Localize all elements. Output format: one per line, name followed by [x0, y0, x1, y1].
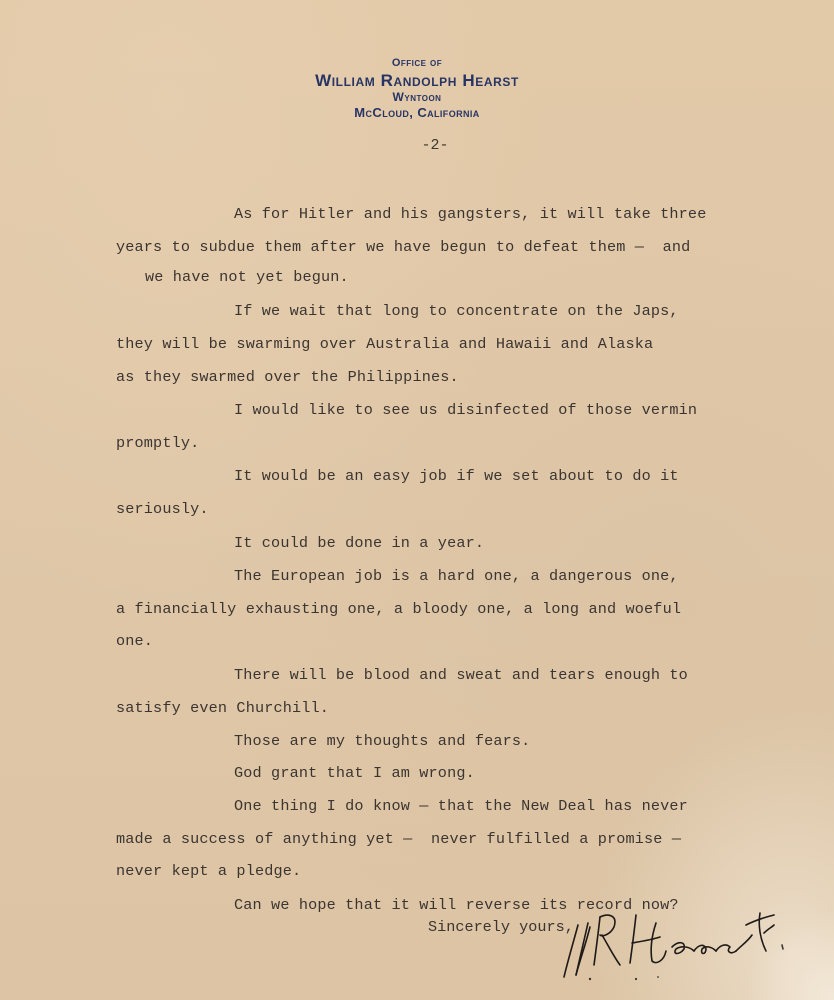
body-line: One thing I do know — that the New Deal … [234, 799, 688, 814]
page-number: -2- [415, 137, 455, 154]
body-line: As for Hitler and his gangsters, it will… [234, 207, 706, 222]
letterhead-name: William Randolph Hearst [0, 72, 834, 89]
body-line: satisfy even Churchill. [116, 701, 329, 716]
body-line: we have not yet begun. [145, 270, 349, 285]
body-line: It could be done in a year. [234, 536, 484, 551]
body-line: one. [116, 634, 153, 649]
body-line: years to subdue them after we have begun… [116, 240, 690, 255]
body-line: promptly. [116, 436, 199, 451]
body-line: a financially exhausting one, a bloody o… [116, 602, 681, 617]
body-line: never kept a pledge. [116, 864, 301, 879]
body-line: Those are my thoughts and fears. [234, 734, 530, 749]
letterhead-place: Wyntoon [0, 91, 834, 103]
letter-page: Office of William Randolph Hearst Wyntoo… [0, 0, 834, 1000]
body-line: they will be swarming over Australia and… [116, 337, 653, 352]
body-line: made a success of anything yet — never f… [116, 832, 681, 847]
letterhead-city: McCloud, California [0, 106, 834, 119]
letterhead: Office of William Randolph Hearst Wyntoo… [0, 58, 834, 119]
letterhead-office-of: Office of [0, 58, 834, 69]
body-line: There will be blood and sweat and tears … [234, 668, 688, 683]
body-line: The European job is a hard one, a danger… [234, 569, 679, 584]
body-line: as they swarmed over the Philippines. [116, 370, 459, 385]
closing: Sincerely yours, [428, 918, 574, 936]
body-line: seriously. [116, 502, 209, 517]
paper-stain [744, 910, 834, 1000]
body-line: I would like to see us disinfected of th… [234, 403, 697, 418]
body-line: If we wait that long to concentrate on t… [234, 304, 679, 319]
body-line: It would be an easy job if we set about … [234, 469, 679, 484]
body-line: God grant that I am wrong. [234, 766, 475, 781]
